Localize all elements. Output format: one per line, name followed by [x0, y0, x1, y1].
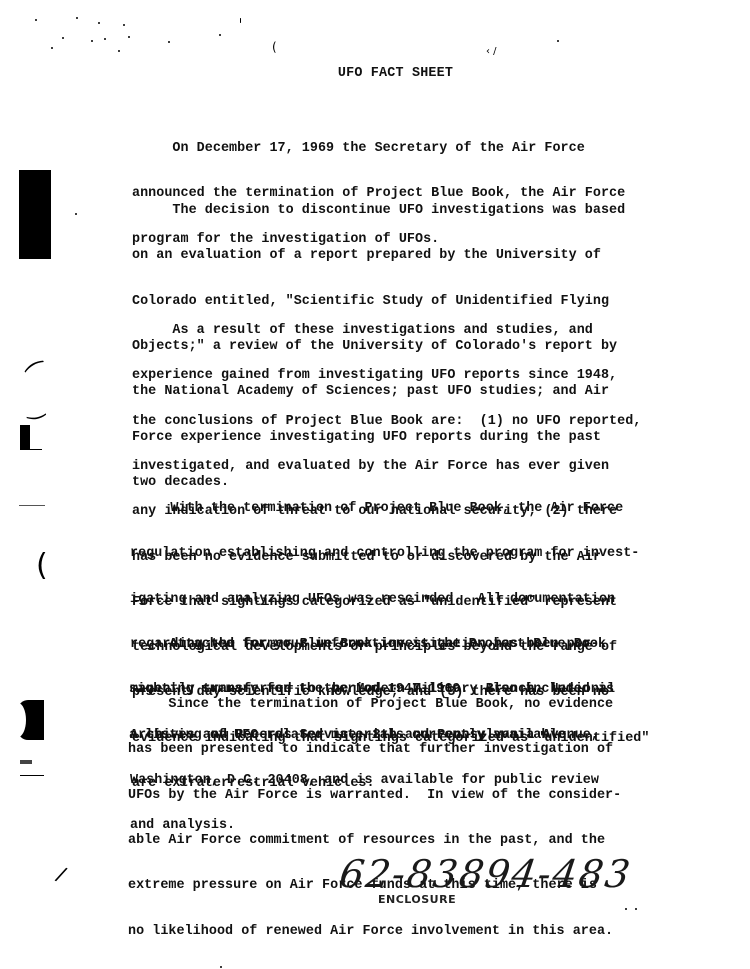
- text-line: no likelihood of renewed Air Force invol…: [128, 924, 621, 939]
- text-line: the conclusions of Project Blue Book are…: [132, 414, 649, 429]
- text-line: On December 17, 1969 the Secretary of th…: [132, 141, 625, 156]
- scan-artifact-line: [19, 505, 45, 506]
- scan-artifact-slash: /: [53, 862, 69, 887]
- text-line: has been presented to indicate that furt…: [128, 742, 621, 757]
- text-line: With the termination of Project Blue Boo…: [130, 501, 639, 516]
- scan-artifact-black-bar: [19, 170, 51, 259]
- text-line: on an evaluation of a report prepared by…: [132, 248, 625, 263]
- text-line: Attached for your information is the Pro…: [129, 637, 614, 652]
- text-line: UFOs by the Air Force is warranted. In v…: [128, 788, 621, 803]
- scan-artifact-binder-mark: [18, 700, 44, 740]
- text-line: experience gained from investigating UFO…: [132, 368, 649, 383]
- text-line: As a result of these investigations and …: [132, 323, 649, 338]
- text-line: The decision to discontinue UFO investig…: [132, 203, 625, 218]
- scan-artifact-smudge: [20, 425, 30, 449]
- paragraph-no-renewed-involvement: Since the termination of Project Blue Bo…: [128, 667, 621, 969]
- scan-artifact-paren: (: [36, 548, 48, 583]
- document-title: UFO FACT SHEET: [0, 66, 750, 81]
- enclosure-stamp: ENCLOSURE: [378, 893, 456, 906]
- scan-artifact-curve: ‿: [24, 394, 46, 422]
- text-line: able Air Force commitment of resources i…: [128, 833, 621, 848]
- text-line: igating and analyzing UFOs was rescinded…: [130, 592, 639, 607]
- handwritten-file-number: 62-83894-483: [337, 852, 635, 896]
- scan-artifact-mark: ‹ /: [486, 46, 497, 57]
- scan-artifact-paren: (: [272, 40, 277, 54]
- text-line: Since the termination of Project Blue Bo…: [128, 697, 621, 712]
- scanned-document-page: ( ⁀ ‿ / ( ‹ / UFO FACT SHEET On December…: [0, 0, 750, 969]
- scan-artifact-line: [20, 775, 44, 776]
- scan-artifact-curve: ⁀: [24, 359, 55, 393]
- scan-artifact-line: [20, 449, 42, 450]
- scan-artifact-smudge: [20, 760, 32, 764]
- text-line: regulation establishing and controlling …: [130, 546, 639, 561]
